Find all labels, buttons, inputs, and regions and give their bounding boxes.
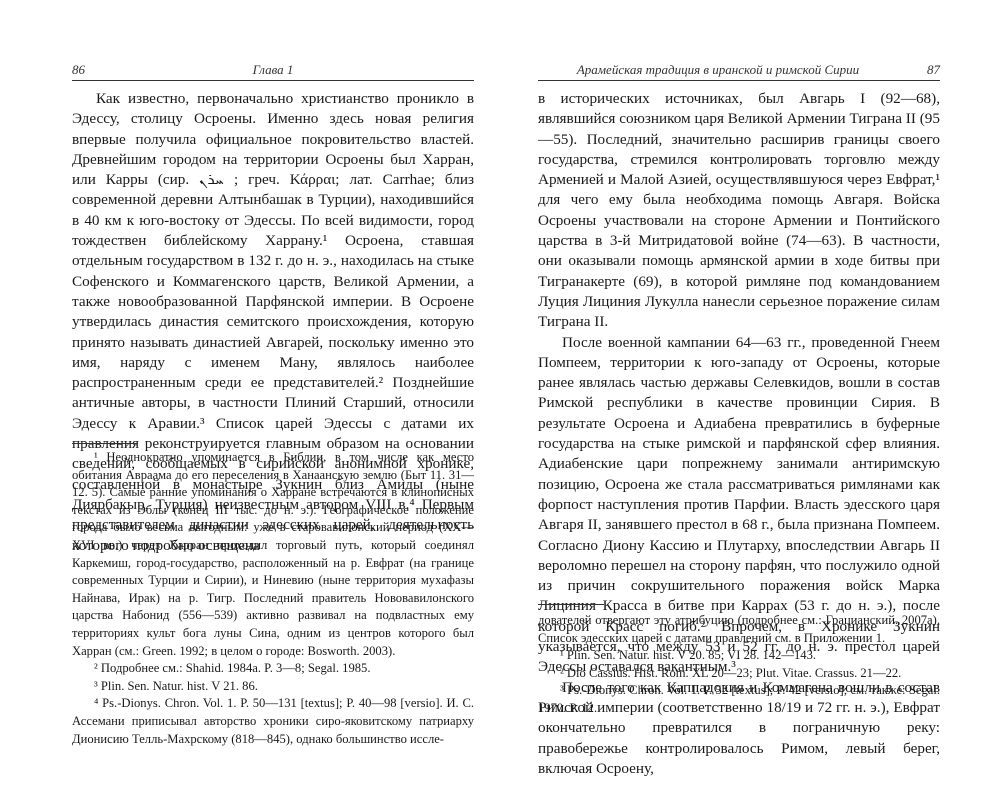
- footnote: ³ Ps.-Dionys. Chron. Vol. 1. P. 52 [text…: [538, 682, 940, 717]
- footnote: ² Подробнее см.: Shahid. 1984a. P. 3—8; …: [72, 660, 474, 678]
- running-head: Арамейская традиция в иранской и римской…: [538, 60, 940, 81]
- footnote: дователей отвергают эту атрибуцию (подро…: [538, 612, 940, 647]
- footnote: ¹ Plin. Sen. Natur. hist. V 20. 85; VI 2…: [538, 647, 940, 665]
- left-page: 86 Глава 1 Как известно, первоначально х…: [72, 0, 474, 788]
- footnote-divider: [72, 443, 138, 444]
- chapter-title: Глава 1: [72, 62, 474, 78]
- section-title: Арамейская традиция в иранской и римской…: [538, 62, 898, 78]
- right-page: Арамейская традиция в иранской и римской…: [538, 0, 940, 788]
- footnote: ³ Plin. Sen. Natur. hist. V 21. 86.: [72, 678, 474, 696]
- paragraph: в исторических источниках, был Авгарь I …: [538, 89, 940, 333]
- page-number: 87: [927, 62, 940, 78]
- footnote: ¹ Неоднократно упоминается в Библии, в т…: [72, 449, 474, 660]
- footnote: ² Dio Cassius. Hist. Rom. XL 20—23; Plut…: [538, 665, 940, 683]
- running-head: 86 Глава 1: [72, 60, 474, 81]
- footnote-divider: [538, 604, 604, 605]
- footnotes: дователей отвергают эту атрибуцию (подро…: [538, 612, 940, 718]
- footnote: ⁴ Ps.-Dionys. Chron. Vol. 1. P. 50—131 […: [72, 695, 474, 748]
- footnotes: ¹ Неоднократно упоминается в Библии, в т…: [72, 449, 474, 748]
